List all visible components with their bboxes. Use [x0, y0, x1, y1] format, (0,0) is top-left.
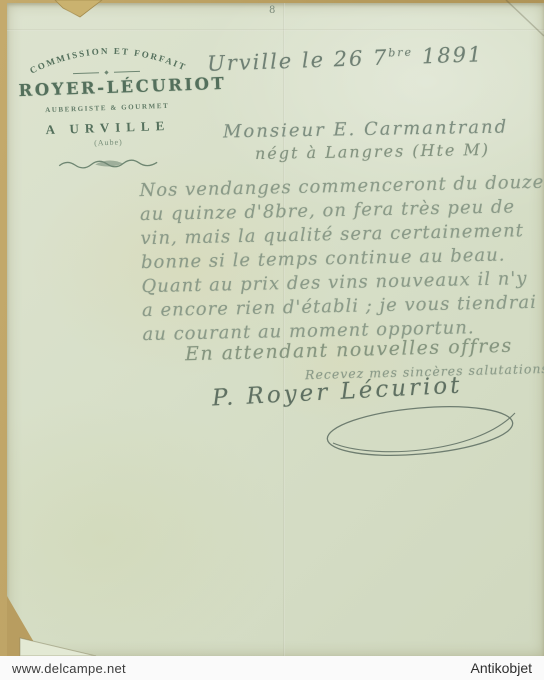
- handwritten-dateline: Urville le 26 7bre 1891: [207, 42, 484, 76]
- recipient-address-line: négt à Langres (Hte M): [255, 140, 490, 163]
- letter-sheet: 8 COMMISSION ET FORFAIT ROYER-LÉCURIOT A…: [7, 3, 544, 656]
- scanned-letter-photo: 8 COMMISSION ET FORFAIT ROYER-LÉCURIOT A…: [0, 0, 544, 680]
- horizontal-fold-crease: [7, 29, 544, 31]
- letterhead-firm-name: ROYER-LÉCURIOT: [18, 75, 195, 100]
- dateline-superscript: bre: [388, 46, 413, 60]
- watermark-strip: www.delcampe.net Antikobjet: [0, 656, 544, 680]
- page-number-mark: 8: [269, 5, 275, 16]
- dateline-year: 1891: [413, 42, 484, 68]
- letterhead: COMMISSION ET FORFAIT ROYER-LÉCURIOT AUB…: [17, 30, 198, 173]
- letterhead-flourish: [57, 154, 161, 172]
- antikobjet-watermark: Antikobjet: [471, 660, 532, 676]
- dateline-text: Urville le 26 7: [207, 45, 389, 75]
- recipient-name-line: Monsieur E. Carmantrand: [223, 117, 509, 143]
- letterhead-subtitle: AUBERGISTE & GOURMET: [19, 101, 195, 115]
- letter-body: Nos vendanges commenceront du douze au q…: [139, 171, 540, 347]
- delcampe-watermark: www.delcampe.net: [12, 661, 126, 676]
- signature-flourish: [315, 399, 525, 461]
